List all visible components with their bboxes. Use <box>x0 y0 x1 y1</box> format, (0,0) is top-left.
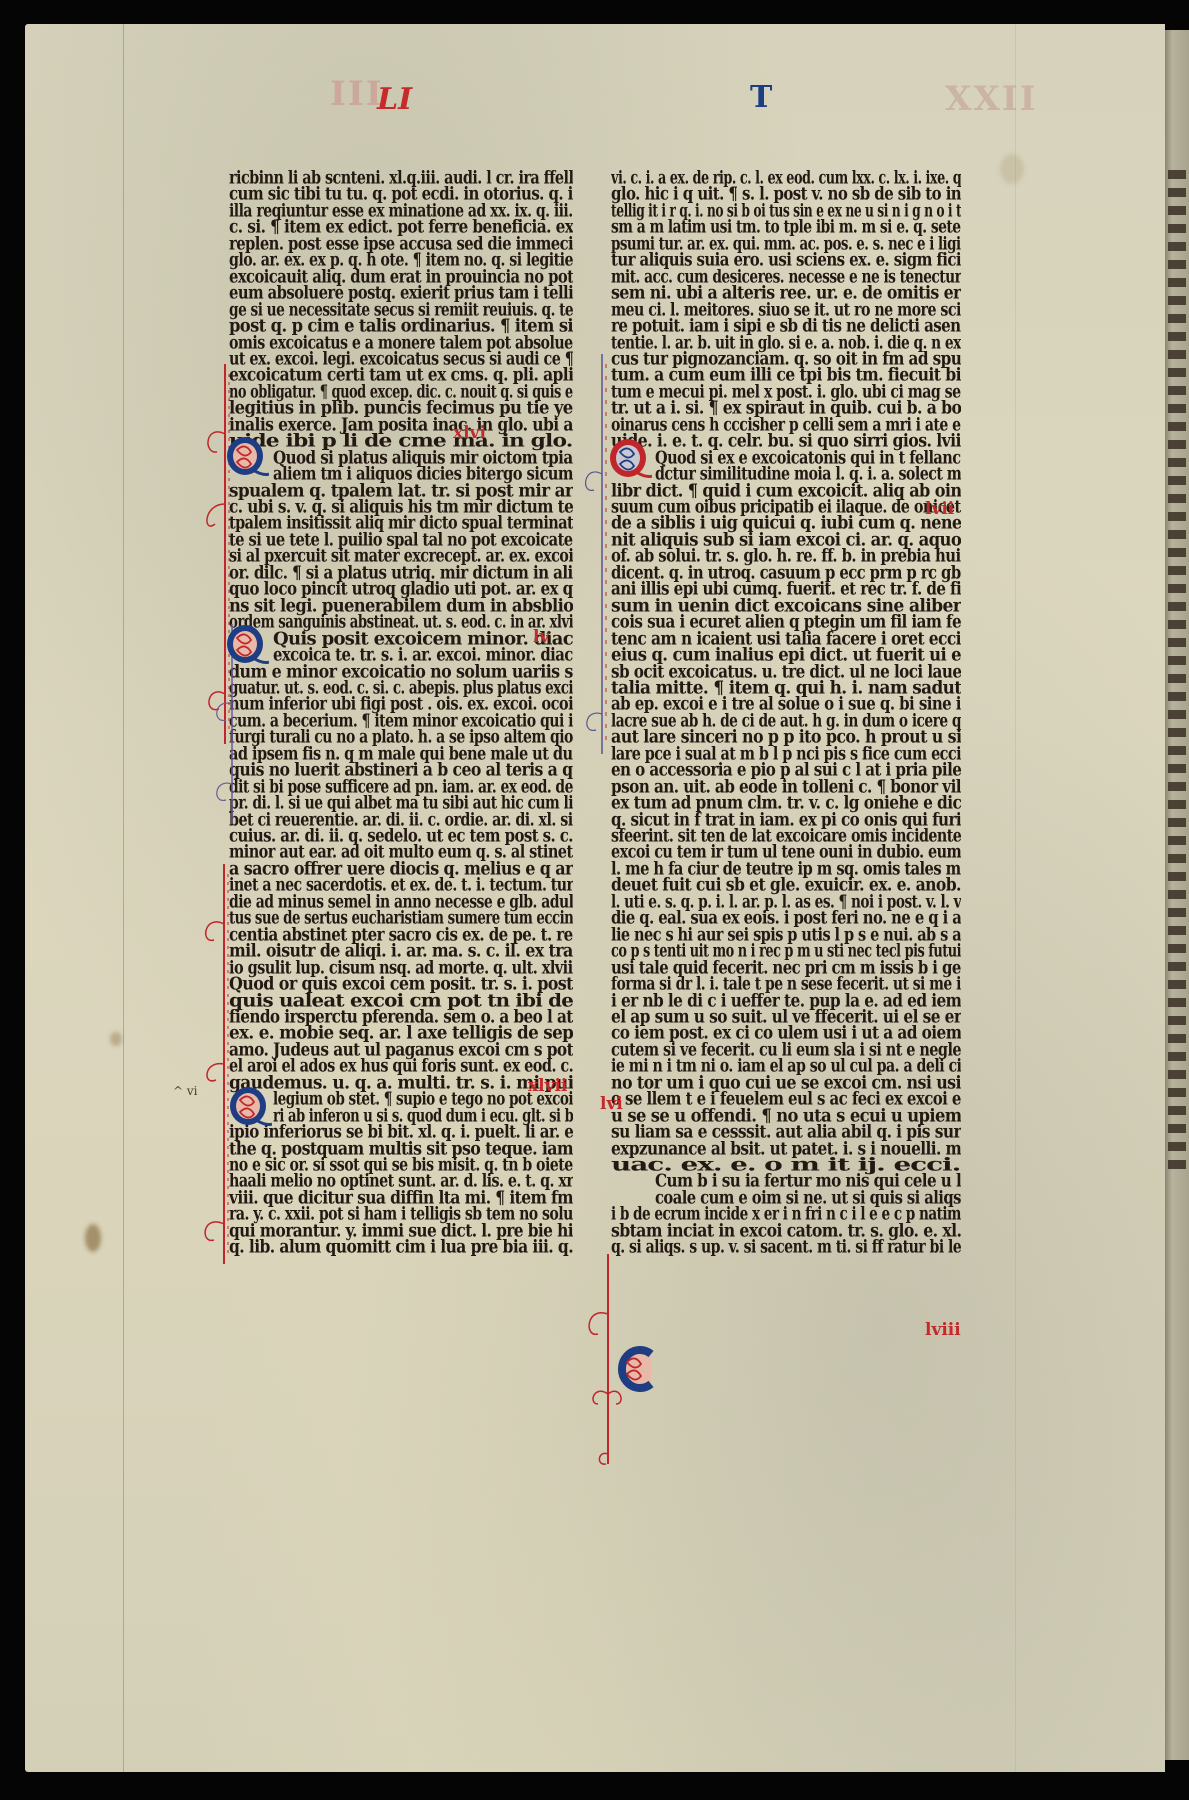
rubric-numeral: lviii <box>925 1320 961 1340</box>
text-line: q. lib. alum quomitt cim i lua pre bia i… <box>229 1235 573 1256</box>
facing-page-text <box>1168 170 1186 1170</box>
show-through-head-right: XXII <box>945 79 1038 119</box>
manuscript-page: III LI T XXII ricbinn li ab scnteni. xl.… <box>25 24 1165 1772</box>
pen-flourish-violet <box>580 354 620 754</box>
illuminated-initial-q <box>608 436 652 484</box>
stain <box>1000 154 1024 184</box>
illuminated-initial-q <box>225 434 269 482</box>
pen-flourish-red <box>200 864 240 1264</box>
text-line: q. si aliqs. s up. v. si sacent. m ti. s… <box>611 1235 961 1256</box>
rubric-numeral: lv <box>533 627 549 647</box>
rubric-numeral: lvii <box>925 499 954 519</box>
illuminated-initial-c <box>615 1346 659 1394</box>
text-column-right: vi. c. i. a ex. de rip. c. l. ex eod. cu… <box>611 166 961 1256</box>
ruling-line <box>1015 24 1016 1772</box>
show-through-head-left: III <box>330 74 384 114</box>
stain <box>110 1032 122 1046</box>
rubric-numeral: xlvi <box>453 423 486 443</box>
illuminated-initial-q <box>228 1084 272 1132</box>
illuminated-initial-q <box>225 622 269 670</box>
rubric-numeral: xlvii <box>528 1076 567 1096</box>
stain <box>85 1224 101 1252</box>
ruling-line <box>123 24 124 1772</box>
margin-note: ^ vi <box>173 1084 198 1098</box>
rubric-numeral: lvi <box>600 1094 623 1114</box>
text-column-left: ricbinn li ab scnteni. xl.q.iii. audi. l… <box>229 166 573 1256</box>
running-head-left: LI <box>377 82 412 117</box>
running-head-right: T <box>750 80 772 115</box>
